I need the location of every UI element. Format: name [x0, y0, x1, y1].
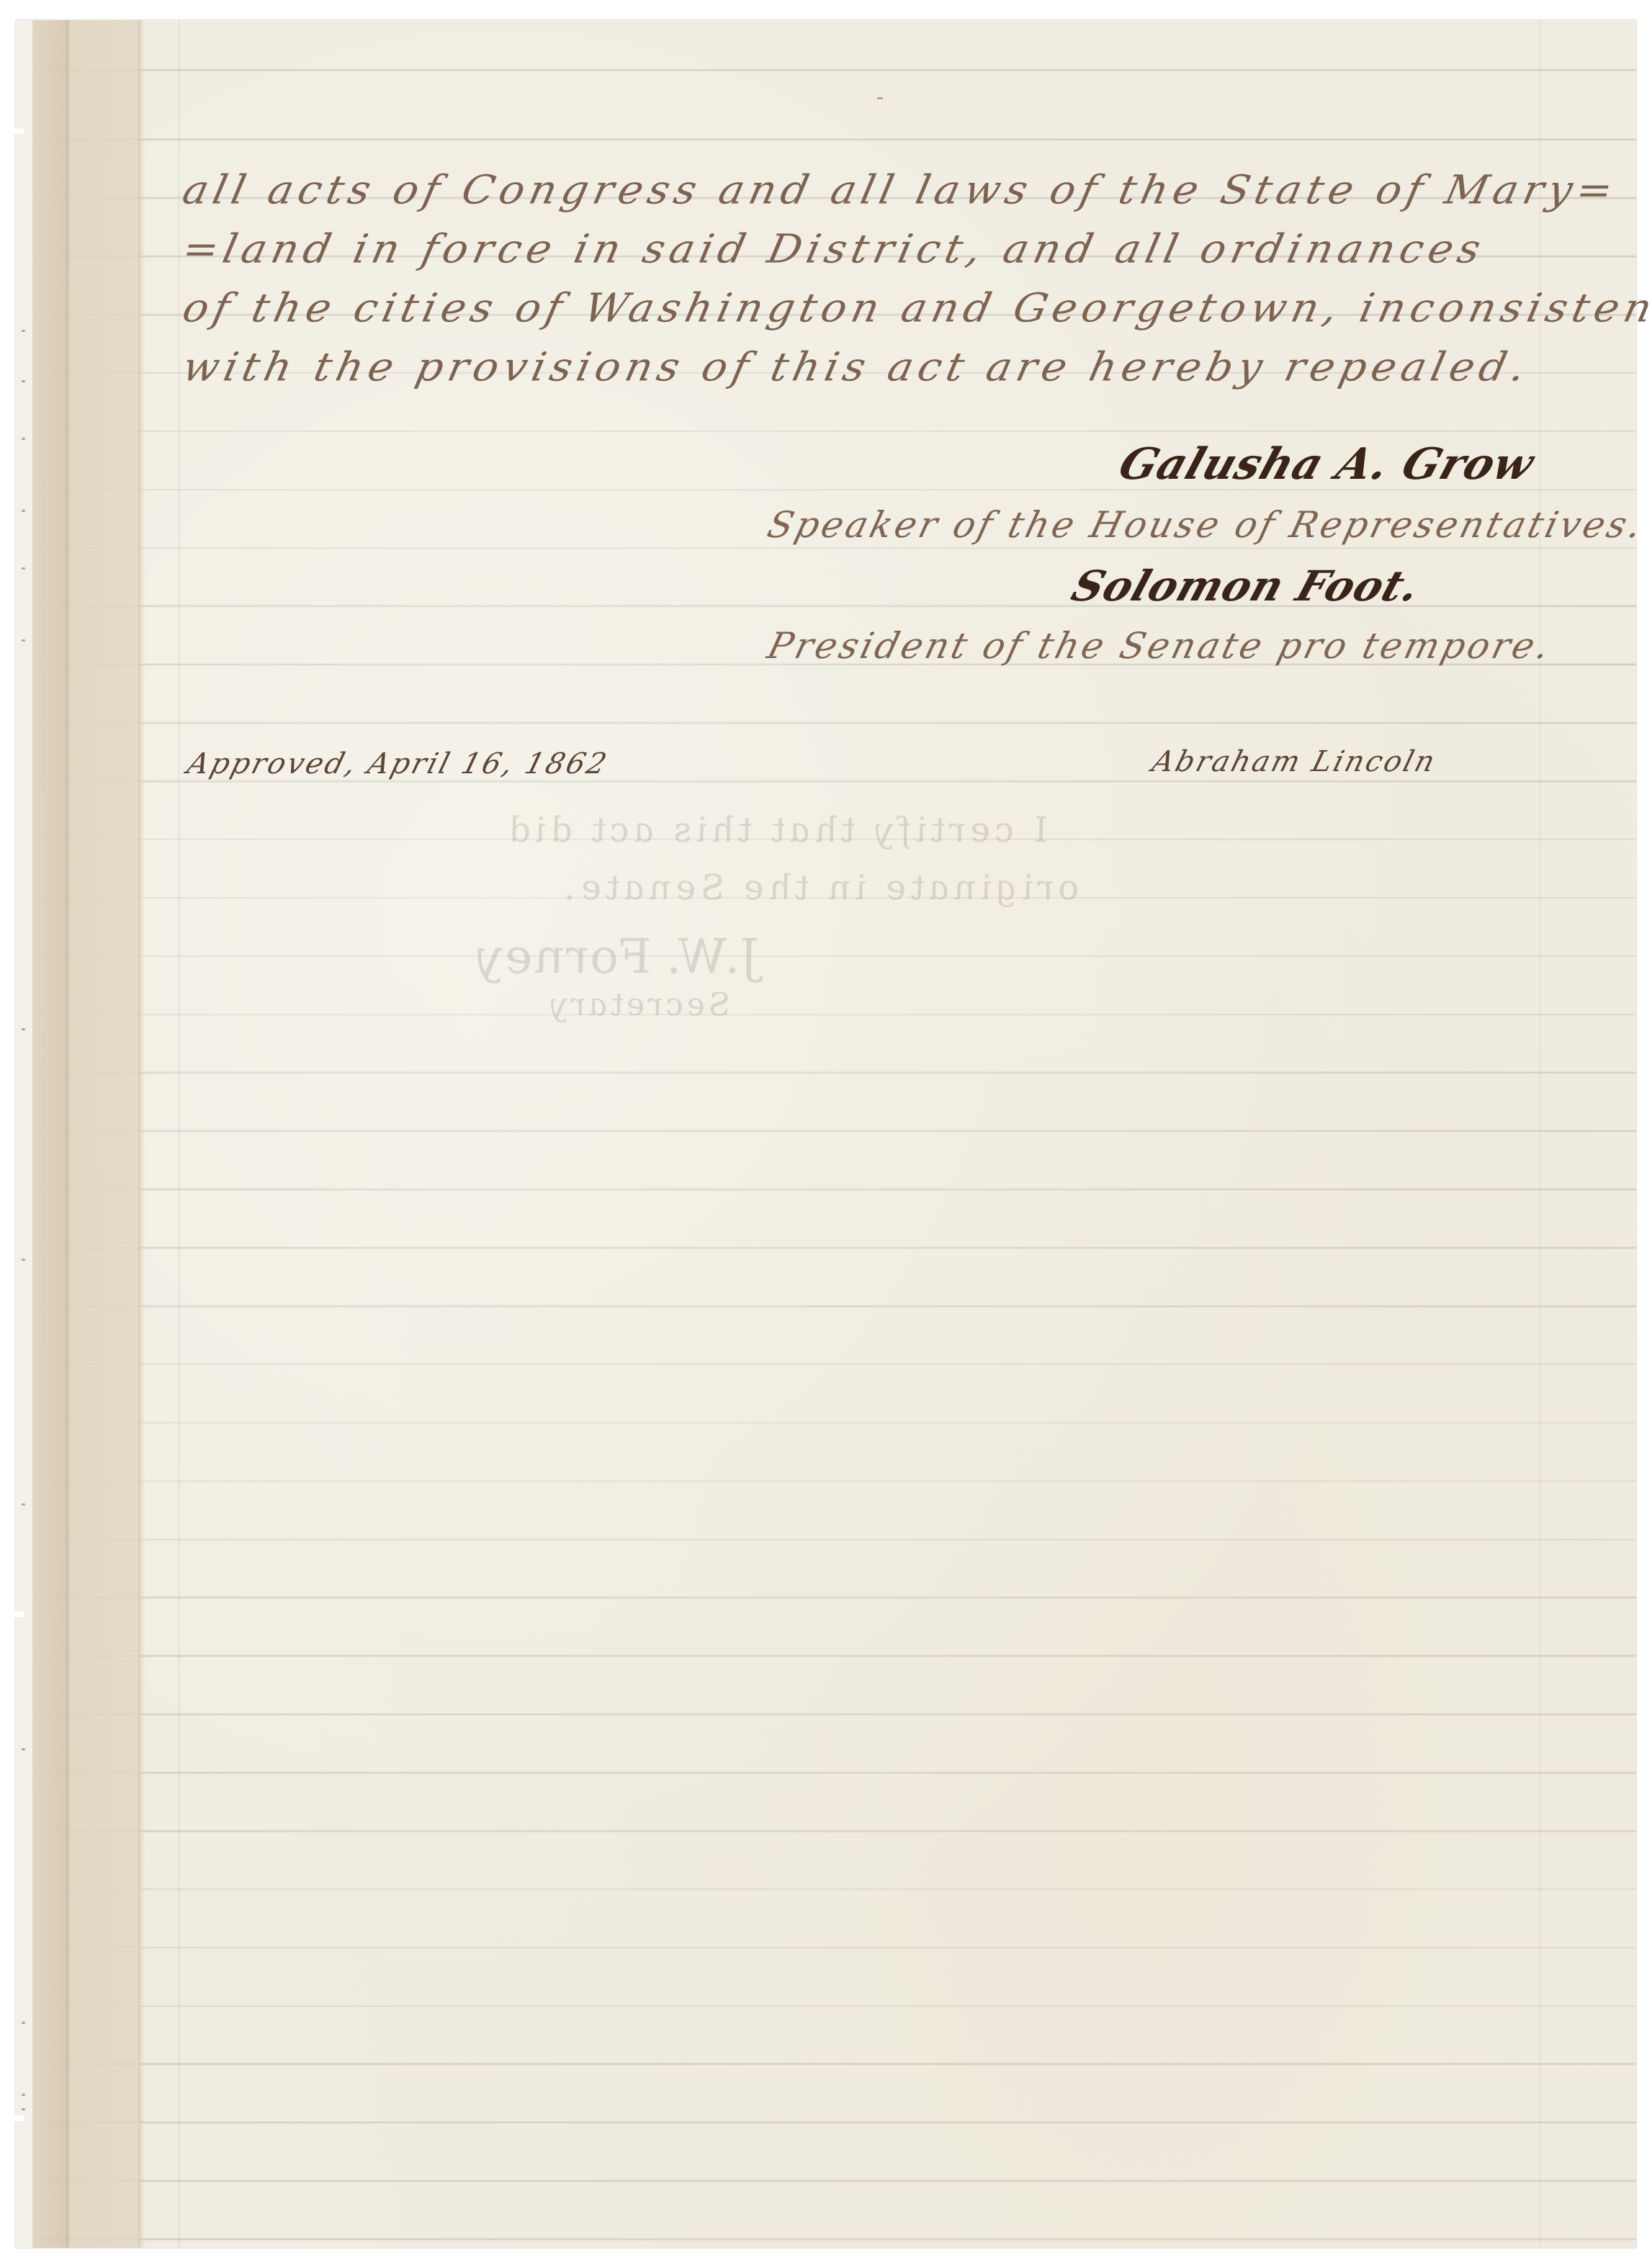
senate-president-title: President of the Senate pro tempore. [763, 625, 1556, 667]
body-line-4: with the provisions of this act are here… [179, 343, 1535, 390]
tape-fold-shadow [138, 20, 145, 2248]
bleed-through-signature: J.W. Forney [470, 929, 766, 984]
repair-tape-strip [32, 20, 140, 2248]
bleed-through-title: Secretary [544, 986, 735, 1023]
president-signature: Abraham Lincoln [1149, 745, 1440, 778]
ink-mark [877, 97, 883, 99]
speaker-signature: Galusha A. Grow [1113, 439, 1540, 490]
body-line-2: =land in force in said District, and all… [179, 225, 1490, 272]
senate-president-signature: Solomon Foot. [1066, 562, 1427, 611]
bleed-through-line-2: originate in the Senate. [557, 868, 1084, 908]
body-line-1: all acts of Congress and all laws of the… [179, 166, 1622, 213]
body-line-3: of the cities of Washington and Georgeto… [179, 284, 1652, 331]
torn-binding-edge [16, 20, 34, 2248]
speaker-title: Speaker of the House of Representatives. [763, 504, 1648, 546]
right-margin-rule [1540, 20, 1540, 2248]
left-margin-rule [179, 20, 179, 2248]
approval-date: Approved, April 16, 1862 [184, 747, 612, 780]
bleed-through-line-1: I certify that this act did [500, 810, 1052, 850]
